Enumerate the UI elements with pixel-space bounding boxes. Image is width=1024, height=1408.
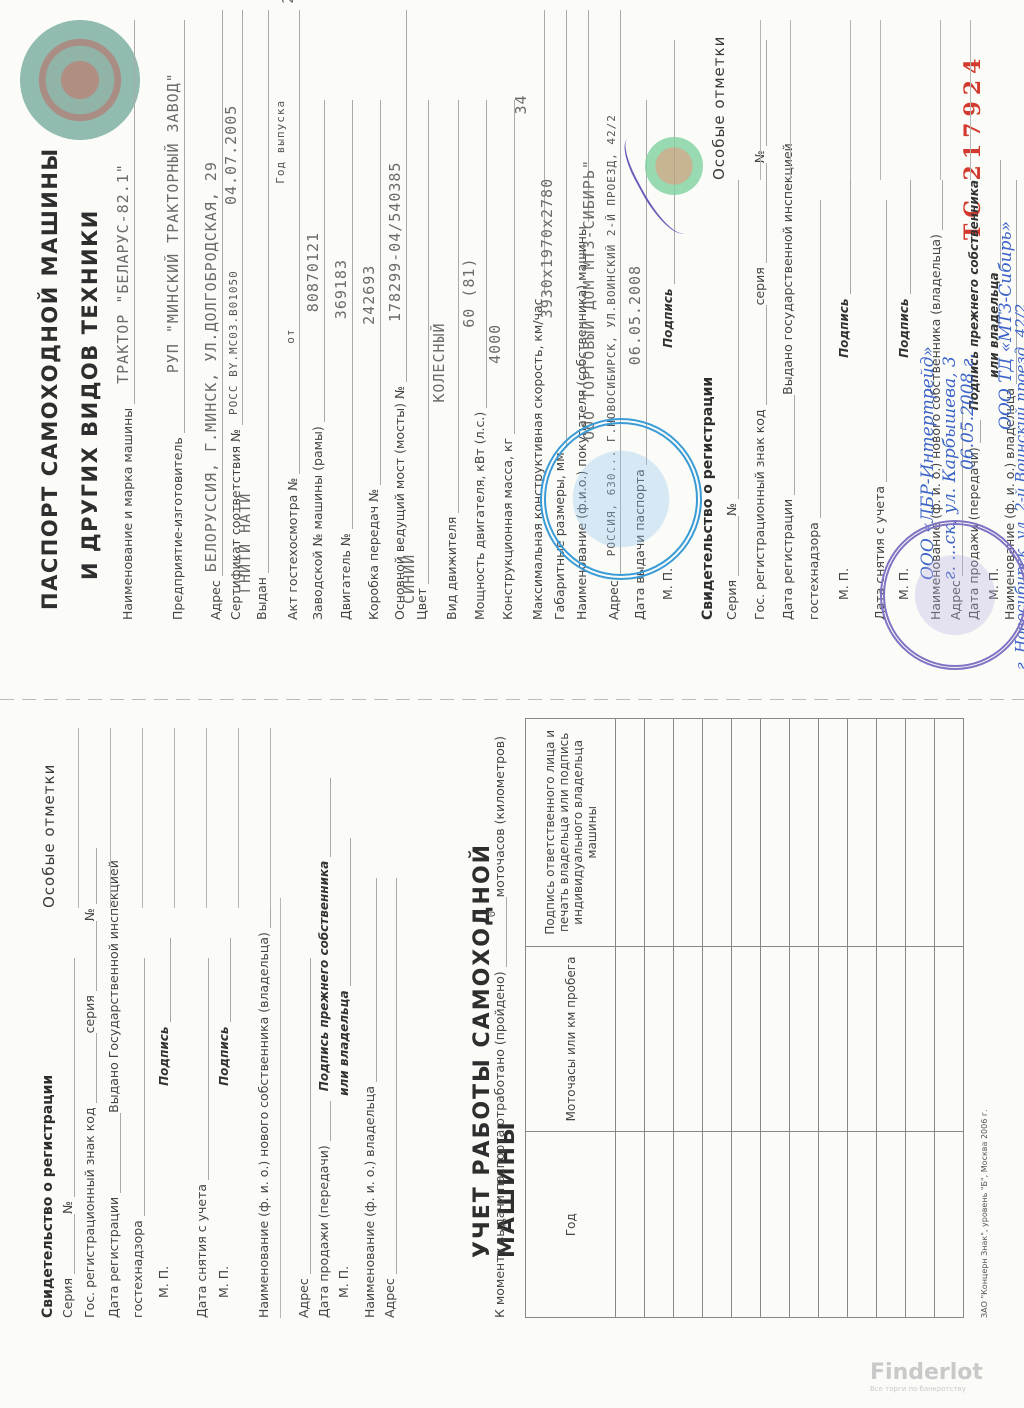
handwritten-sale-date: 06.05.2008 г. [958,353,978,470]
usage-table-row [819,719,848,1318]
manufacturer-value: РУП "МИНСКИЙ ТРАКТОРНЫЙ ЗАВОД" [164,72,182,373]
special-marks-line [790,20,791,180]
special-marks-line [78,728,79,908]
watermark-tagline: Все торги по банкротству [870,1385,983,1393]
reg-plate-row: Гос. регистрационный знак код серия № [82,848,97,1318]
usage-table-cell [732,946,761,1132]
year-value: 2008 [279,0,297,4]
reg-date-row: Дата регистрации Выдано государственной … [780,10,795,620]
usage-table-cell [877,946,906,1132]
usage-table-cell [703,719,732,947]
usage-table-cell [819,719,848,947]
field-address: Адрес БЕЛОРУССИЯ, Г.МИНСК, УЛ.ДОЛГОБРОДС… [208,10,223,620]
usage-table-cell [906,719,935,947]
usage-table-cell [645,719,674,947]
field-power: Мощность двигателя, кВт (л.с.) 60 (81) [472,100,487,620]
usage-table-cell [761,1132,790,1318]
usage-table-cell [674,1132,703,1318]
issue-date-value: 06.05.2008 [626,265,644,365]
special-marks-line [174,728,175,908]
page-title-line2: И ДРУГИХ ВИДОВ ТЕХНИКИ [78,209,102,580]
field-manufacturer: Предприятие-изготовитель РУП "МИНСКИЙ ТР… [170,20,185,620]
column-signature: Подпись ответственного лица и печать вла… [526,719,616,947]
passport-back-page: Свидетельство о регистрации Серия № Гос.… [0,700,1024,1408]
usage-intro-row: К моменту выдачи паспорта отработано (пр… [492,728,507,1318]
usage-table-cell [703,1132,732,1318]
field-propulsion: Вид движителя КОЛЕСНЫЙ [444,100,459,620]
usage-table-cell [848,946,877,1132]
usage-table-cell [616,946,645,1132]
field-color: Цвет СИНИЙ [414,100,429,620]
usage-table-cell [645,946,674,1132]
usage-table-row [674,719,703,1318]
page-title-line1: ПАСПОРТ САМОХОДНОЙ МАШИНЫ [38,147,62,610]
special-marks-line [970,20,971,180]
field-factory-number: Заводской № машины (рамы) 80870121 [310,100,325,620]
dimensions-value: 3930х1970х2780 [538,178,556,318]
field-mass: Конструкционная масса, кг 4000 [500,100,515,620]
usage-table-cell [703,946,732,1132]
usage-table-cell [790,946,819,1132]
year-label: Год выпуска [274,100,287,184]
usage-table-cell [848,1132,877,1318]
field-gearbox: Коробка передач № 242693 [366,100,381,620]
column-year: Год [526,1132,616,1318]
reg-date-row: Дата регистрации Выдано Государственной … [106,758,121,1318]
reg-new-owner-line [280,898,281,1318]
column-hours: Моточасы или км пробега [526,946,616,1132]
propulsion-value: КОЛЕСНЫЙ [430,322,448,402]
usage-table-row [877,719,906,1318]
color-value: СИНИЙ [400,554,418,604]
special-marks-heading: Особые отметки [40,764,58,908]
reg-mp-row: М. П. Подпись [156,938,171,1298]
usage-table-header: Год Моточасы или км пробега Подпись отве… [526,719,616,1318]
field-name: Наименование и марка машины ТРАКТОР "БЕЛ… [120,20,135,620]
reg-gtn-row: гостехнадзора [130,958,145,1318]
reg-series-row: Серия № [60,958,75,1318]
usage-table-cell [761,719,790,947]
passport-front-page: ТС 217924 ПАСПОРТ САМОХОДНОЙ МАШИНЫ И ДР… [0,0,1024,700]
usage-table: Год Моточасы или км пробега Подпись отве… [525,718,964,1318]
field-axle: Основной ведущий мост (мосты) № 178299-0… [392,10,407,620]
special-marks-line [206,728,207,908]
reg-address-row: Адрес [296,958,311,1318]
usage-table-cell [819,1132,848,1318]
reg-sale-mp-row: М. П. или владельца [336,838,351,1298]
reg-gtn-row: гостехнадзора [806,200,821,620]
usage-table-cell [761,946,790,1132]
special-marks-line [110,728,111,908]
usage-table-row [935,719,964,1318]
usage-table-cell [616,1132,645,1318]
special-marks-line [880,20,881,180]
finderlot-watermark: Finderlot Все торги по банкротству [870,1360,983,1393]
reg-owner-row: Наименование (ф. и. о.) владельца [362,878,377,1318]
axle-number-value: 178299-04/540385 [386,162,404,323]
usage-table-cell [732,1132,761,1318]
usage-table-row [645,719,674,1318]
seller-stamp [880,520,1024,670]
usage-table-cell [674,719,703,947]
usage-table-cell [877,1132,906,1318]
special-marks-line [760,20,761,180]
reg-owner-address-row: Адрес [382,878,397,1318]
usage-intro-value: 0 [485,910,498,918]
certificate-date: 04.07.2005 [222,105,240,205]
usage-table-row [703,719,732,1318]
special-marks-line [238,728,239,908]
reg-dereg-row: Дата снятия с учета [194,958,209,1318]
reg-sale-date-row: Дата продажи (передачи) Подпись прежнего… [316,778,331,1318]
gearbox-number-value: 242693 [360,265,378,325]
certificate-value: РОСС BY.МС03.В01050 [227,270,240,415]
usage-table-cell [645,1132,674,1318]
reg-series-row: Серия № [724,180,739,620]
usage-table-cell [790,719,819,947]
speed-value: 34 [512,94,530,114]
usage-table-cell [906,946,935,1132]
usage-table-row [616,719,645,1318]
mass-value: 4000 [486,324,504,364]
registration-heading: Свидетельство о регистрации [40,1075,56,1318]
reg-dereg-mp-row: М. П. Подпись [216,938,231,1298]
special-marks-line [142,728,143,908]
special-marks-heading: Особые отметки [710,36,728,180]
special-marks-line [940,20,941,180]
factory-number-value: 80870121 [304,232,322,312]
printer-imprint: ЗАО "Концерн Знак", уровень "Б", Москва … [980,1109,989,1318]
issued-by-value: ГНИТИ НАТИ [236,493,254,593]
machine-name-value: ТРАКТОР "БЕЛАРУС-82.1" [114,163,132,384]
usage-table-row [732,719,761,1318]
reg-dereg-row: Дата снятия с учета [872,200,887,620]
usage-table-cell [819,946,848,1132]
engine-number-value: 369183 [332,259,350,319]
usage-table-row [790,719,819,1318]
registration-heading: Свидетельство о регистрации [700,377,716,620]
field-issued: Выдан ГНИТИ НАТИ [254,10,269,620]
usage-table-row [761,719,790,1318]
usage-table-cell [616,719,645,947]
reg-new-owner-row: Наименование (ф. и. о.) нового собственн… [256,898,271,1318]
usage-table-cell [732,719,761,947]
customs-stamp [540,418,702,580]
usage-table-cell [906,1132,935,1318]
usage-table-row [848,719,877,1318]
usage-table-cell [674,946,703,1132]
usage-table-cell [935,1132,964,1318]
usage-table-cell [848,719,877,947]
usage-table-cell [877,719,906,947]
usage-table-row [906,719,935,1318]
usage-table-cell [935,946,964,1132]
field-inspection: Акт гостехосмотра № от Год выпуска 2008 [285,10,300,620]
usage-table-cell [790,1132,819,1318]
watermark-brand: Finderlot [870,1360,983,1385]
special-marks-line [850,20,851,180]
usage-table-cell [935,719,964,947]
special-marks-line [270,728,271,908]
reg-mp-row: М. П. Подпись [836,180,851,600]
manufacturer-address-value: БЕЛОРУССИЯ, Г.МИНСК, УЛ.ДОЛГОБРОДСКАЯ, 2… [202,161,220,572]
field-engine: Двигатель № 369183 [338,100,353,620]
power-value: 60 (81) [460,258,478,328]
security-seal-icon [645,137,703,195]
